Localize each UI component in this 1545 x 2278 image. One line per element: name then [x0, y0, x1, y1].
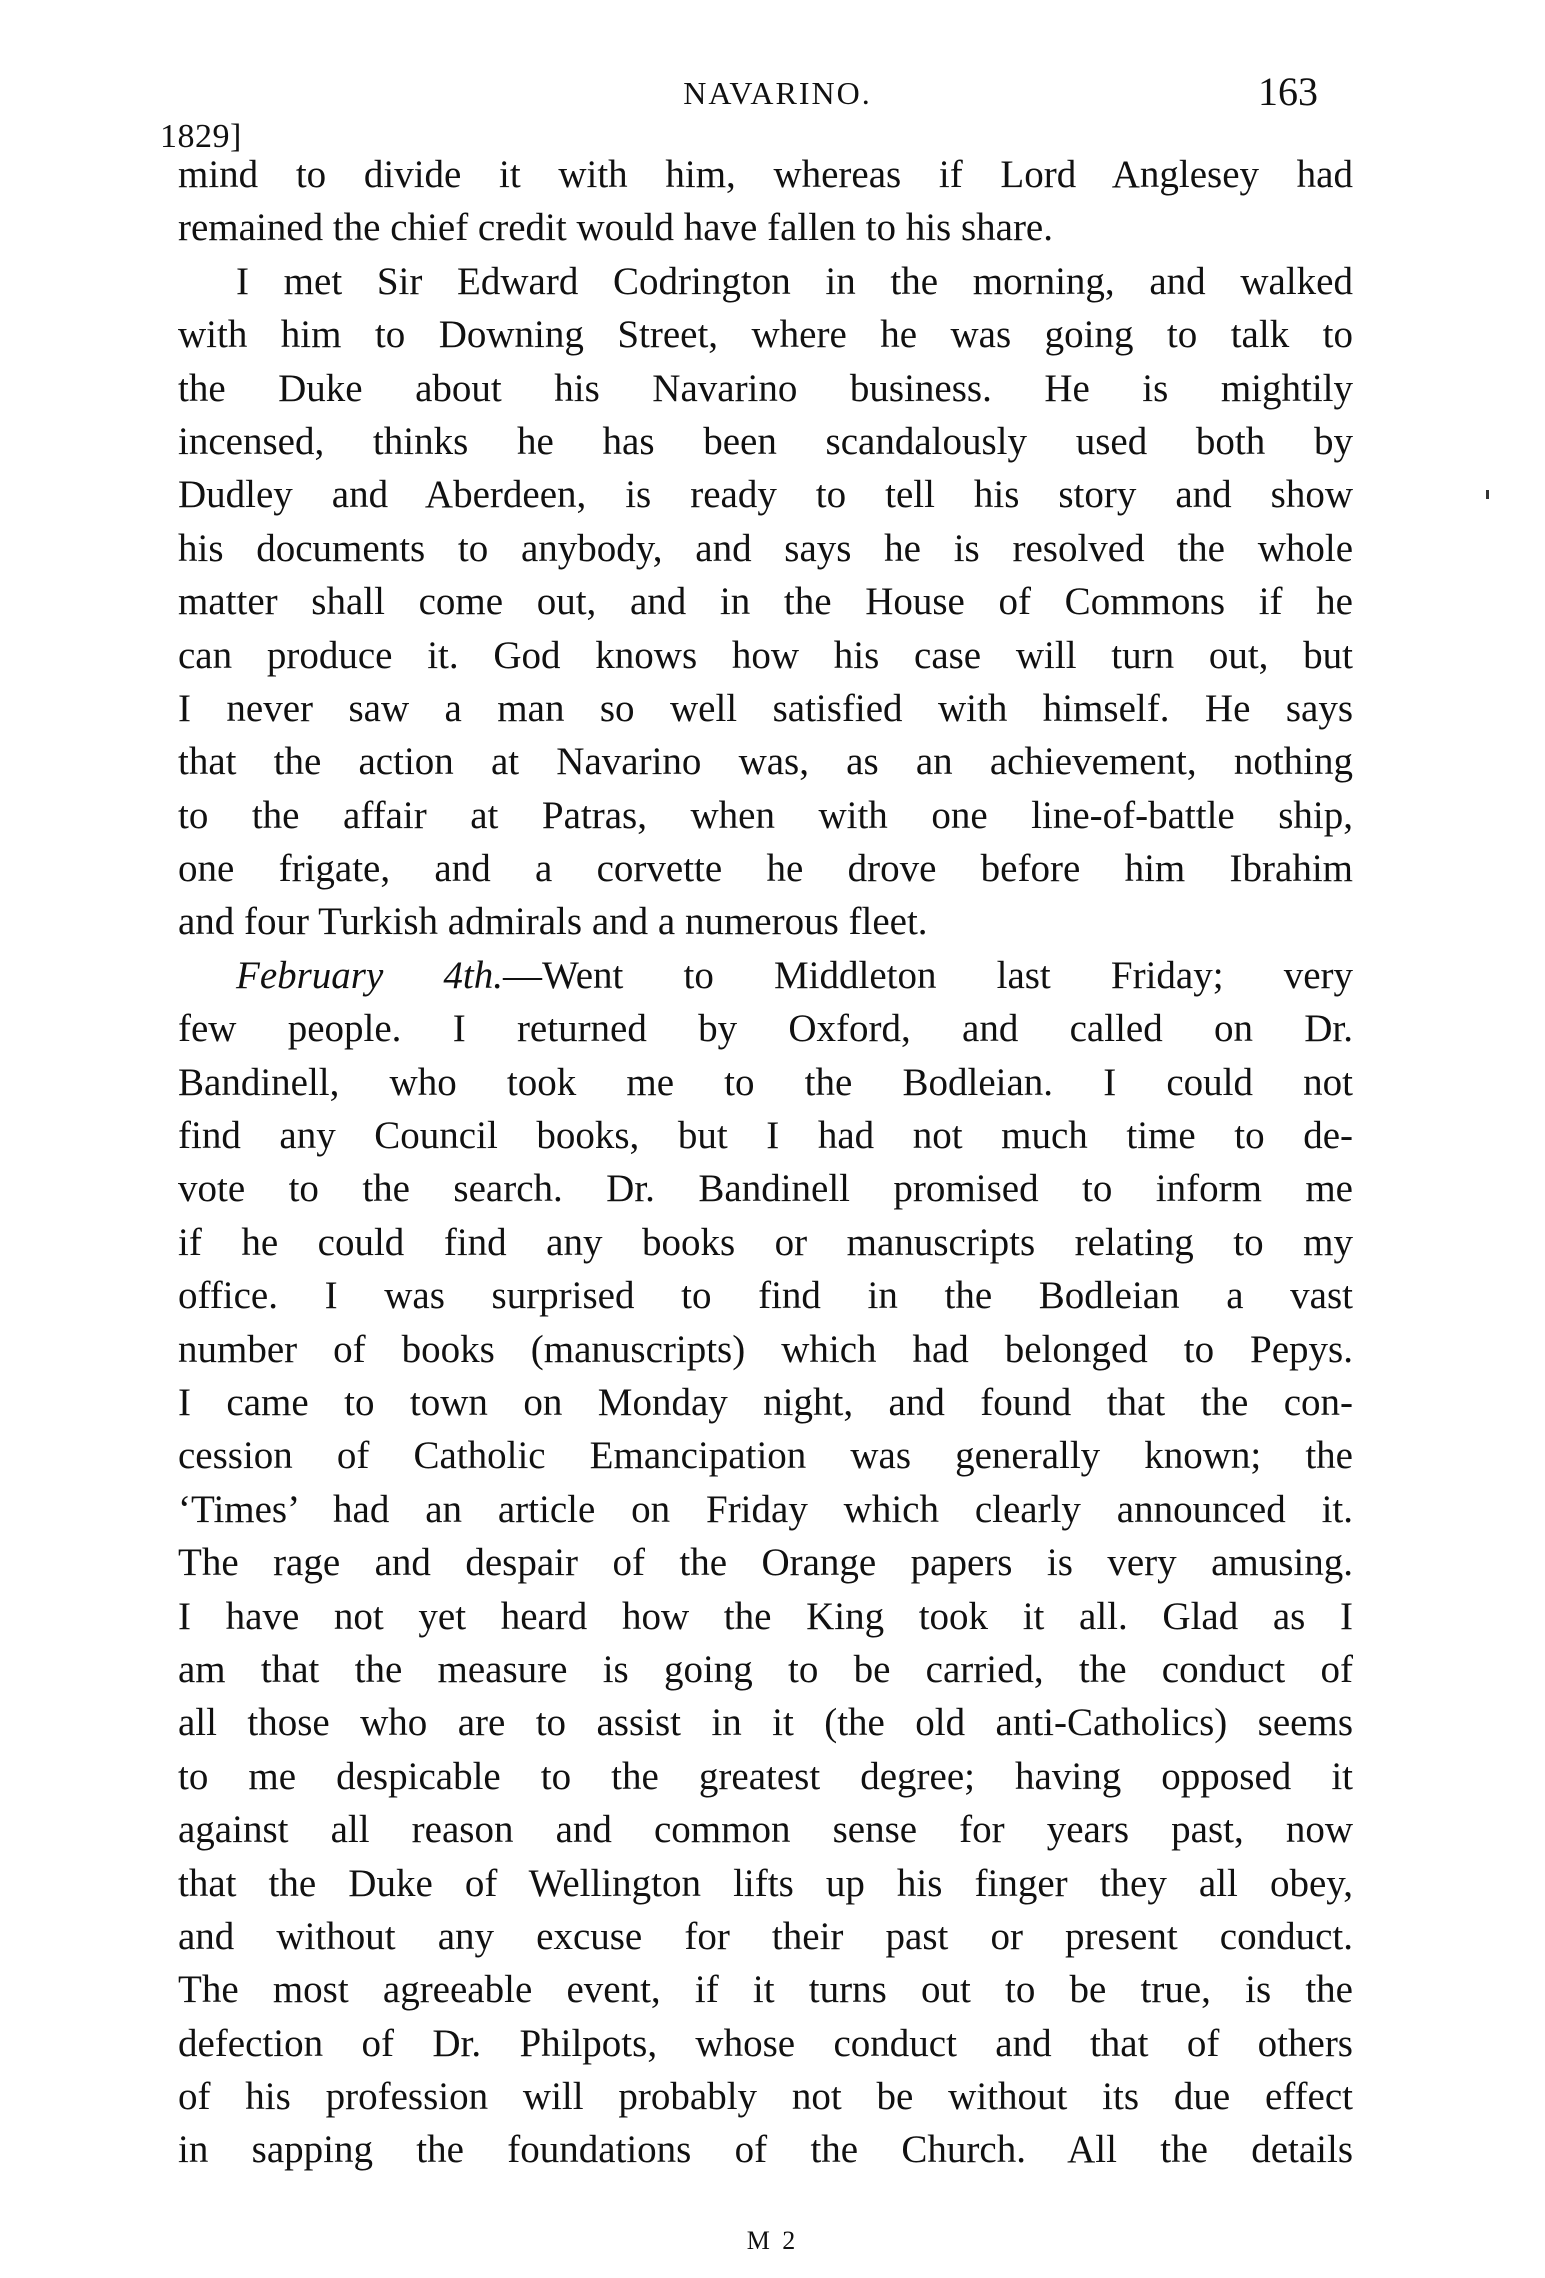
text-line: with him to Downing Street, where he was…	[178, 308, 1353, 361]
line-text: one frigate, and a corvette he drove bef…	[178, 847, 1353, 890]
line-text: I have not yet heard how the King took i…	[178, 1595, 1353, 1638]
text-line: The most agreeable event, if it turns ou…	[178, 1963, 1353, 2016]
line-text: cession of Catholic Emancipation was gen…	[178, 1434, 1353, 1477]
line-text: to me despicable to the greatest degree;…	[178, 1755, 1353, 1798]
text-line: that the action at Navarino was, as an a…	[178, 735, 1353, 788]
line-text: Dudley and Aberdeen, is ready to tell hi…	[178, 473, 1353, 516]
text-line: in sapping the foundations of the Church…	[178, 2123, 1353, 2176]
text-line: all those who are to assist in it (the o…	[178, 1696, 1353, 1749]
text-line: cession of Catholic Emancipation was gen…	[178, 1429, 1353, 1482]
text-line: I have not yet heard how the King took i…	[178, 1590, 1353, 1643]
line-text: few people. I returned by Oxford, and ca…	[178, 1007, 1353, 1050]
text-line: incensed, thinks he has been scandalousl…	[178, 415, 1353, 468]
text-line: office. I was surprised to find in the B…	[178, 1269, 1353, 1322]
line-text: The rage and despair of the Orange paper…	[178, 1541, 1353, 1584]
text-line: mind to divide it with him, whereas if L…	[178, 148, 1353, 201]
text-line: and four Turkish admirals and a numerous…	[178, 895, 1353, 948]
text-line: defection of Dr. Philpots, whose conduct…	[178, 2017, 1353, 2070]
line-text: if he could find any books or manuscript…	[178, 1221, 1353, 1264]
book-page: 1829] NAVARINO. 163 mind to divide it wi…	[0, 0, 1545, 2278]
text-line: February 4th.—Went to Middleton last Fri…	[178, 949, 1353, 1002]
text-line: am that the measure is going to be carri…	[178, 1643, 1353, 1696]
text-line: against all reason and common sense for …	[178, 1803, 1353, 1856]
text-line: find any Council books, but I had not mu…	[178, 1109, 1353, 1162]
line-text: number of books (manuscripts) which had …	[178, 1328, 1353, 1371]
line-text: can produce it. God knows how his case w…	[178, 634, 1353, 677]
line-text: that the action at Navarino was, as an a…	[178, 740, 1353, 783]
text-line: vote to the search. Dr. Bandinell promis…	[178, 1162, 1353, 1215]
line-text: find any Council books, but I had not mu…	[178, 1114, 1353, 1157]
line-text: I met Sir Edward Codrington in the morni…	[236, 260, 1353, 303]
line-text: —Went to Middleton last Friday; very	[503, 954, 1353, 997]
line-text: incensed, thinks he has been scandalousl…	[178, 420, 1353, 463]
chapter-title: NAVARINO.	[683, 75, 871, 112]
line-text: against all reason and common sense for …	[178, 1808, 1353, 1851]
text-line: ‘Times’ had an article on Friday which c…	[178, 1483, 1353, 1536]
line-text: mind to divide it with him, whereas if L…	[178, 153, 1353, 196]
text-line: that the Duke of Wellington lifts up his…	[178, 1857, 1353, 1910]
line-text: The most agreeable event, if it turns ou…	[178, 1968, 1353, 2011]
text-line: I never saw a man so well satisfied with…	[178, 682, 1353, 735]
line-text: ‘Times’ had an article on Friday which c…	[178, 1488, 1353, 1531]
page-number: 163	[1258, 68, 1318, 115]
line-text: in sapping the foundations of the Church…	[178, 2128, 1353, 2171]
entry-date: February 4th.	[236, 954, 503, 997]
stray-ink-mark	[1486, 490, 1489, 499]
text-line: and without any excuse for their past or…	[178, 1910, 1353, 1963]
line-text: vote to the search. Dr. Bandinell promis…	[178, 1167, 1353, 1210]
line-text: that the Duke of Wellington lifts up his…	[178, 1862, 1353, 1905]
text-line: if he could find any books or manuscript…	[178, 1216, 1353, 1269]
text-line: of his profession will probably not be w…	[178, 2070, 1353, 2123]
line-text: am that the measure is going to be carri…	[178, 1648, 1353, 1691]
text-line: Dudley and Aberdeen, is ready to tell hi…	[178, 468, 1353, 521]
line-text: matter shall come out, and in the House …	[178, 580, 1353, 623]
line-text: and without any excuse for their past or…	[178, 1915, 1353, 1958]
text-line: to me despicable to the greatest degree;…	[178, 1750, 1353, 1803]
text-line: to the affair at Patras, when with one l…	[178, 789, 1353, 842]
text-line: few people. I returned by Oxford, and ca…	[178, 1002, 1353, 1055]
line-text: I never saw a man so well satisfied with…	[178, 687, 1353, 730]
line-text: the Duke about his Navarino business. He…	[178, 367, 1353, 410]
signature-mark: M 2	[0, 2226, 1545, 2256]
line-text: and four Turkish admirals and a numerous…	[178, 900, 928, 943]
line-text: to the affair at Patras, when with one l…	[178, 794, 1353, 837]
line-text: I came to town on Monday night, and foun…	[178, 1381, 1353, 1424]
line-text: office. I was surprised to find in the B…	[178, 1274, 1353, 1317]
line-text: Bandinell, who took me to the Bodleian. …	[178, 1061, 1353, 1104]
line-text: defection of Dr. Philpots, whose conduct…	[178, 2022, 1353, 2065]
line-text: with him to Downing Street, where he was…	[178, 313, 1353, 356]
text-line: remained the chief credit would have fal…	[178, 201, 1353, 254]
text-line: The rage and despair of the Orange paper…	[178, 1536, 1353, 1589]
text-line: Bandinell, who took me to the Bodleian. …	[178, 1056, 1353, 1109]
line-text: his documents to anybody, and says he is…	[178, 527, 1353, 570]
line-text: of his profession will probably not be w…	[178, 2075, 1353, 2118]
line-text: all those who are to assist in it (the o…	[178, 1701, 1353, 1744]
text-line: I met Sir Edward Codrington in the morni…	[178, 255, 1353, 308]
body-text: mind to divide it with him, whereas if L…	[178, 148, 1353, 2177]
text-line: I came to town on Monday night, and foun…	[178, 1376, 1353, 1429]
text-line: number of books (manuscripts) which had …	[178, 1323, 1353, 1376]
text-line: his documents to anybody, and says he is…	[178, 522, 1353, 575]
text-line: one frigate, and a corvette he drove bef…	[178, 842, 1353, 895]
text-line: the Duke about his Navarino business. He…	[178, 362, 1353, 415]
text-line: matter shall come out, and in the House …	[178, 575, 1353, 628]
line-text: remained the chief credit would have fal…	[178, 206, 1053, 249]
text-line: can produce it. God knows how his case w…	[178, 629, 1353, 682]
